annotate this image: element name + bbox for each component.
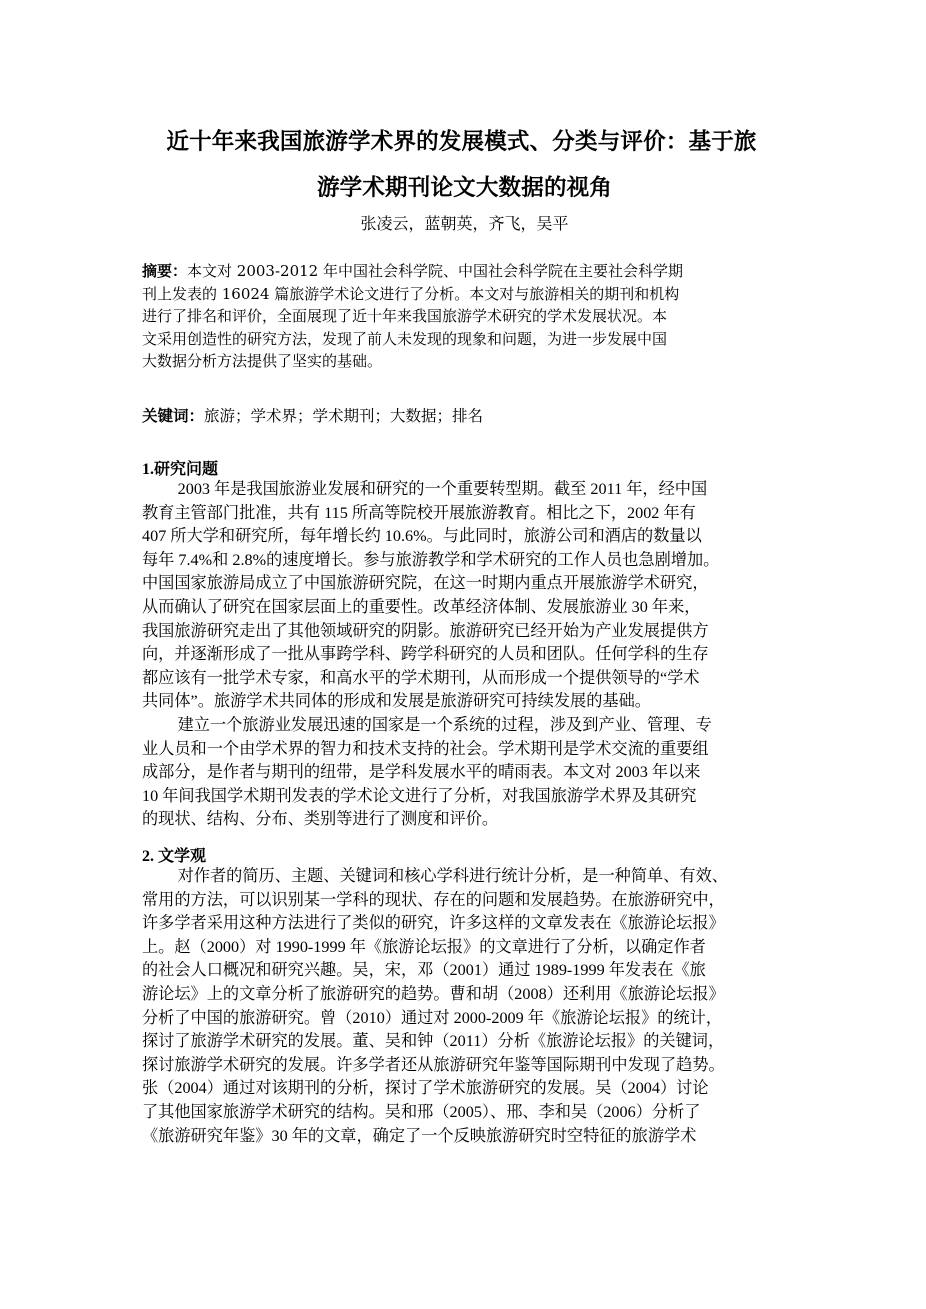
body-line: 上。赵（2000）对 1990-1999 年《旅游论坛报》的文章进行了分析，以确… bbox=[142, 936, 790, 960]
body-line: 我国旅游研究走出了其他领域研究的阴影。旅游研究已经开始为产业发展提供方 bbox=[142, 620, 790, 644]
abstract-line: 大数据分析方法提供了坚实的基础。 bbox=[142, 350, 790, 373]
body-line: 探讨了旅游学术研究的发展。董、吴和钟（2011）分析《旅游论坛报》的关键词， bbox=[142, 1030, 790, 1054]
body-line: 对作者的简历、主题、关键词和核心学科进行统计分析，是一种简单、有效、 bbox=[142, 865, 790, 889]
body-line: 教育主管部门批准，共有 115 所高等院校开展旅游教育。相比之下，2002 年有 bbox=[142, 502, 790, 526]
body-line: 的现状、结构、分布、类别等进行了测度和评价。 bbox=[142, 808, 790, 832]
abstract-label: 摘要： bbox=[142, 262, 187, 280]
body-line: 每年 7.4%和 2.8%的速度增长。参与旅游教学和学术研究的工作人员也急剧增加… bbox=[142, 549, 790, 573]
body-line: 从而确认了研究在国家层面上的重要性。改革经济体制、发展旅游业 30 年来， bbox=[142, 596, 790, 620]
body-line: 都应该有一批学术专家，和高水平的学术期刊，从而形成一个提供领导的“学术 bbox=[142, 667, 790, 691]
abstract-line: 文采用创造性的研究方法，发现了前人未发现的现象和问题，为进一步发展中国 bbox=[142, 328, 790, 351]
body-line: 《旅游研究年鉴》30 年的文章，确定了一个反映旅游研究时空特征的旅游学术 bbox=[142, 1125, 790, 1149]
body-line: 共同体”。旅游学术共同体的形成和发展是旅游研究可持续发展的基础。 bbox=[142, 690, 790, 714]
body-line: 业人员和一个由学术界的智力和技术支持的社会。学术期刊是学术交流的重要组 bbox=[142, 738, 790, 762]
abstract-line: 刊上发表的 16024 篇旅游学术论文进行了分析。本文对与旅游相关的期刊和机构 bbox=[142, 283, 790, 306]
body-line: 2003 年是我国旅游业发展和研究的一个重要转型期。截至 2011 年，经中国 bbox=[142, 478, 790, 502]
section-heading-1: 1.研究问题 bbox=[142, 456, 218, 479]
body-line: 407 所大学和研究所，每年增长约 10.6%。与此同时，旅游公司和酒店的数量以 bbox=[142, 525, 790, 549]
abstract-line: 本文对 2003-2012 年中国社会科学院、中国社会科学院在主要社会科学期 bbox=[187, 262, 683, 280]
section-body-1: 2003 年是我国旅游业发展和研究的一个重要转型期。截至 2011 年，经中国 … bbox=[142, 478, 790, 832]
keywords: 关键词：旅游；学术界；学术期刊；大数据；排名 bbox=[142, 405, 787, 427]
keywords-text: 旅游；学术界；学术期刊；大数据；排名 bbox=[204, 407, 483, 425]
body-line: 分析了中国的旅游研究。曾（2010）通过对 2000-2009 年《旅游论坛报》… bbox=[142, 1007, 790, 1031]
abstract-line: 进行了排名和评价，全面展现了近十年来我国旅游学术研究的学术发展状况。本 bbox=[142, 305, 790, 328]
body-line: 10 年间我国学术期刊发表的学术论文进行了分析，对我国旅游学术界及其研究 bbox=[142, 785, 790, 809]
keywords-label: 关键词： bbox=[142, 407, 204, 425]
body-line: 向，并逐渐形成了一批从事跨学科、跨学科研究的人员和团队。任何学科的生存 bbox=[142, 643, 790, 667]
section-heading-2: 2. 文学观 bbox=[142, 843, 206, 866]
body-line: 中国国家旅游局成立了中国旅游研究院，在这一时期内重点开展旅游学术研究， bbox=[142, 572, 790, 596]
body-line: 探讨旅游学术研究的发展。许多学者还从旅游研究年鉴等国际期刊中发现了趋势。 bbox=[142, 1054, 790, 1078]
body-line: 的社会人口概况和研究兴趣。吴，宋，邓（2001）通过 1989-1999 年发表… bbox=[142, 959, 790, 983]
paper-title-line-1: 近十年来我国旅游学术界的发展模式、分类与评价：基于旅 bbox=[139, 124, 784, 156]
body-line: 张（2004）通过对该期刊的分析，探讨了学术旅游研究的发展。吴（2004）讨论 bbox=[142, 1077, 790, 1101]
paper-title-line-2: 游学术期刊论文大数据的视角 bbox=[142, 170, 787, 202]
body-line: 建立一个旅游业发展迅速的国家是一个系统的过程，涉及到产业、管理、专 bbox=[142, 714, 790, 738]
section-body-2: 对作者的简历、主题、关键词和核心学科进行统计分析，是一种简单、有效、 常用的方法… bbox=[142, 865, 790, 1148]
body-line: 了其他国家旅游学术研究的结构。吴和邢（2005）、邢、李和吴（2006）分析了 bbox=[142, 1101, 790, 1125]
abstract: 摘要：本文对 2003-2012 年中国社会科学院、中国社会科学院在主要社会科学… bbox=[142, 260, 790, 373]
body-line: 许多学者采用这种方法进行了类似的研究，许多这样的文章发表在《旅游论坛报》 bbox=[142, 912, 790, 936]
author-list: 张凌云，蓝朝英，齐飞，吴平 bbox=[142, 211, 787, 234]
body-line: 常用的方法，可以识别某一学科的现状、存在的问题和发展趋势。在旅游研究中， bbox=[142, 889, 790, 913]
body-line: 游论坛》上的文章分析了旅游研究的趋势。曹和胡（2008）还利用《旅游论坛报》 bbox=[142, 983, 790, 1007]
body-line: 成部分，是作者与期刊的纽带，是学科发展水平的晴雨表。本文对 2003 年以来 bbox=[142, 761, 790, 785]
